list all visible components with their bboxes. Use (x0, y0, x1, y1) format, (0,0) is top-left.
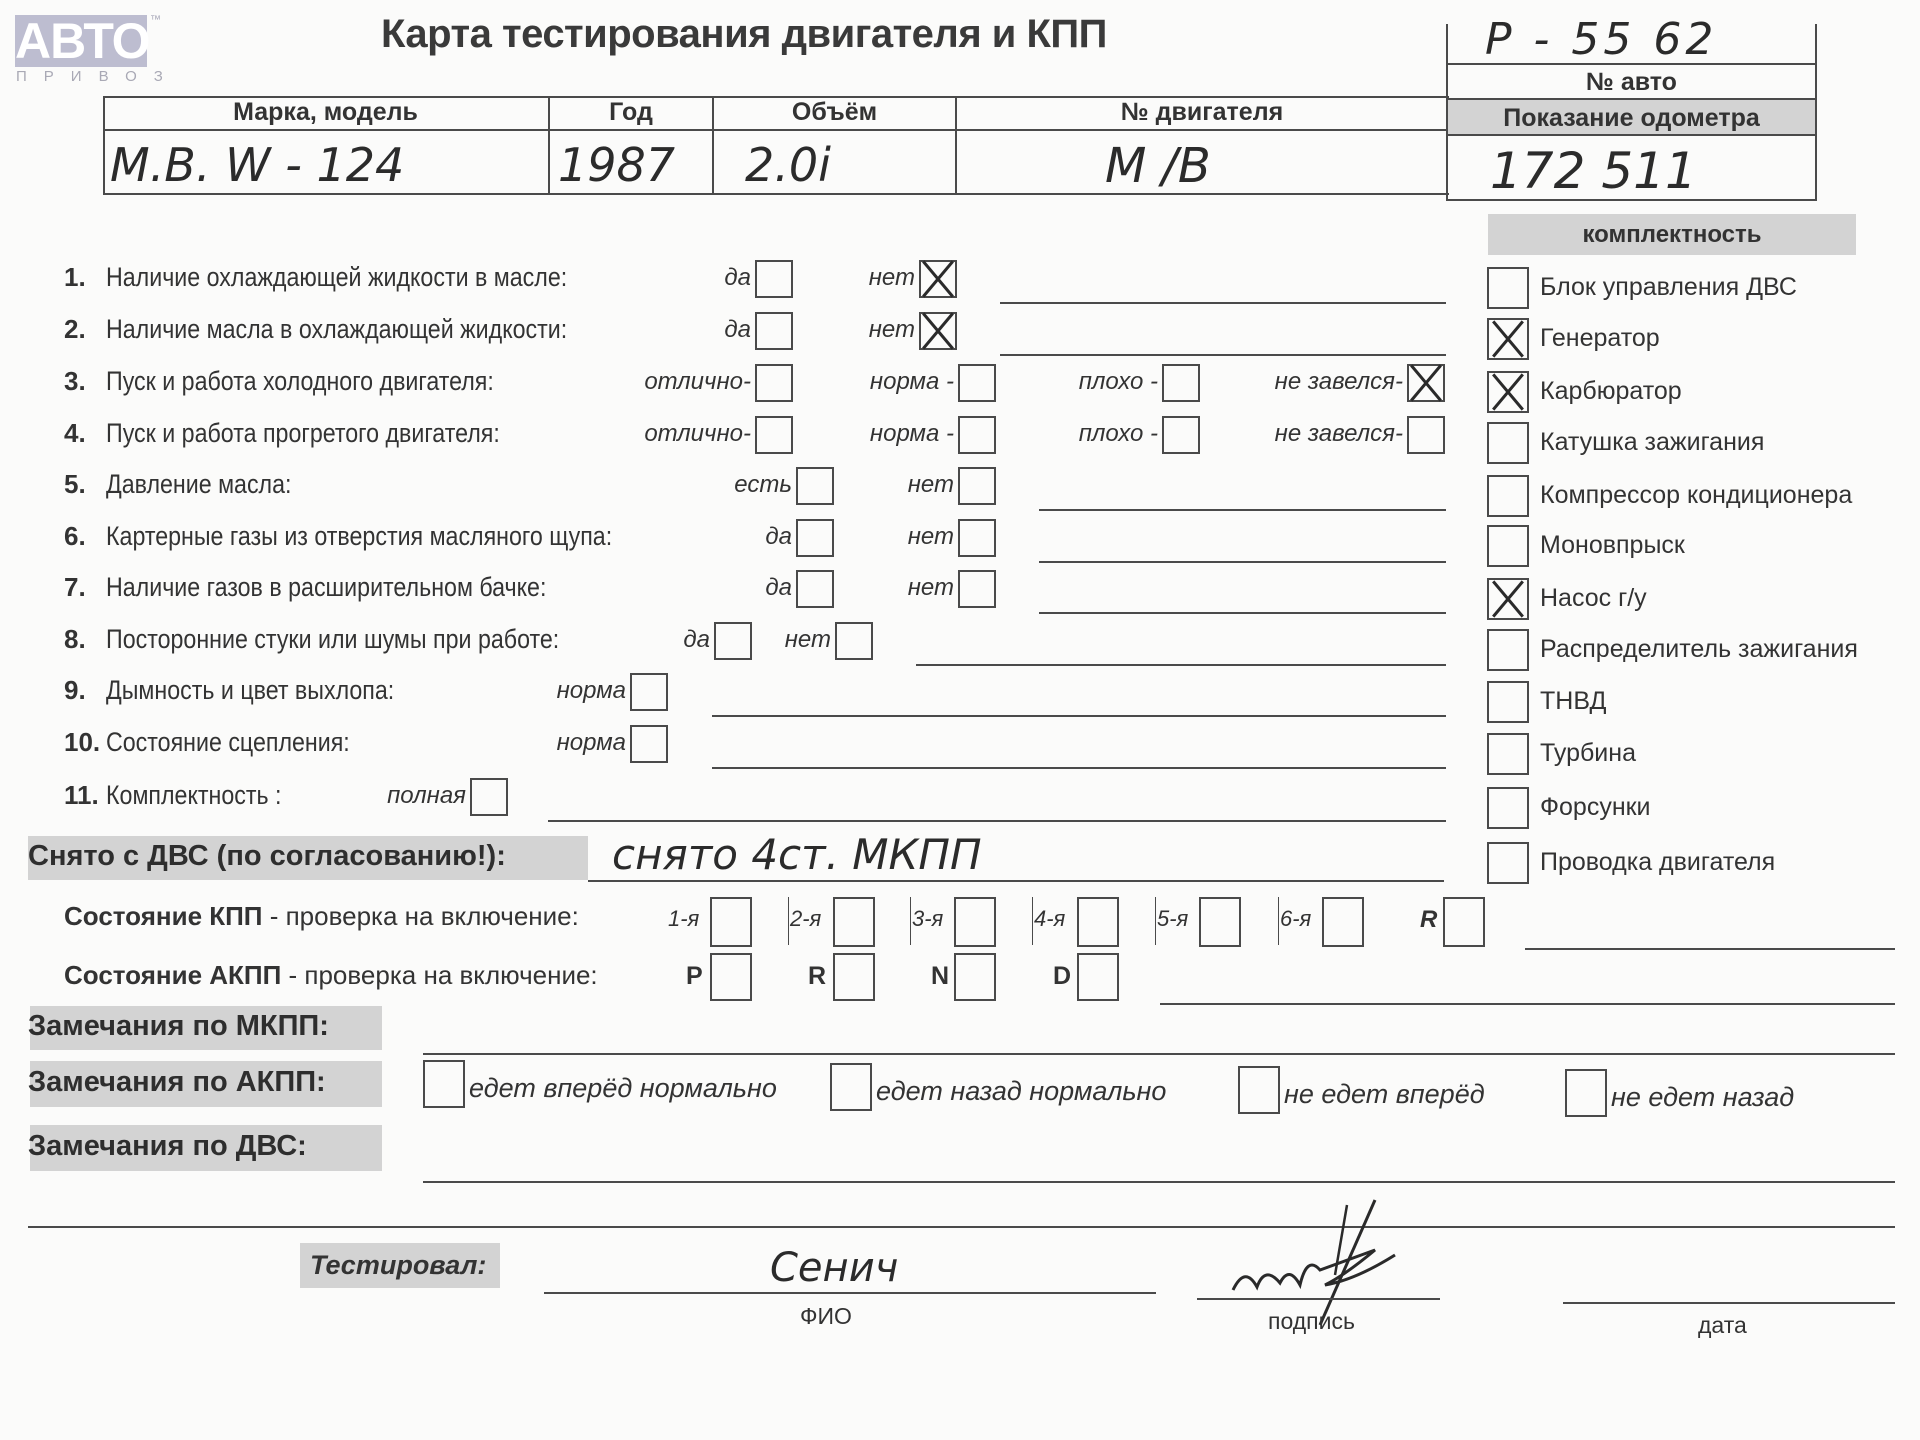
option-checkbox[interactable] (835, 622, 873, 660)
header-label-volume: Объём (714, 98, 955, 127)
option-label: нет (640, 471, 954, 499)
kpp-label: Состояние КПП - проверка на включение: (64, 901, 579, 932)
gear-label: R (1420, 906, 1437, 934)
mode-label: D (1053, 962, 1071, 991)
gear-label: 4-я (1034, 906, 1065, 932)
question-number: 11. (64, 780, 99, 811)
odometer-label: Показание одометра (1448, 104, 1815, 133)
akpp-remark-checkbox[interactable] (423, 1060, 465, 1108)
option-checkbox[interactable] (919, 260, 957, 298)
mode-label: P (686, 962, 703, 991)
kit-label: Блок управления ДВС (1540, 273, 1797, 302)
mode-checkbox[interactable] (833, 953, 875, 1001)
option-checkbox[interactable] (1407, 364, 1445, 402)
volume-value[interactable]: 2.0i (745, 138, 831, 192)
kit-checkbox[interactable] (1487, 267, 1529, 309)
option-label: нет (640, 574, 954, 602)
kit-label: Распределитель зажигания (1540, 635, 1858, 664)
akpp-remark-label: едет вперёд нормально (469, 1073, 777, 1104)
gear-checkbox[interactable] (710, 897, 752, 947)
notes-line[interactable] (548, 820, 1446, 822)
akpp-remark-label: не едет вперёд (1284, 1079, 1485, 1110)
question-number: 7. (64, 572, 86, 603)
gear-checkbox[interactable] (1199, 897, 1241, 947)
gear-divider (910, 897, 911, 945)
gear-label: 2-я (790, 906, 821, 932)
akpp-remark-checkbox[interactable] (830, 1063, 872, 1111)
question-number: 8. (64, 624, 86, 655)
kit-label: Турбина (1540, 739, 1636, 768)
option-label: не завелся- (1000, 368, 1403, 396)
kpp-label-rest: - проверка на включение: (263, 901, 579, 931)
kit-checkbox[interactable] (1487, 475, 1529, 517)
option-label: нет (600, 316, 915, 344)
gear-checkbox[interactable] (833, 897, 875, 947)
gear-checkbox[interactable] (1322, 897, 1364, 947)
kit-checkbox[interactable] (1487, 629, 1529, 671)
engine-number-value[interactable]: M /B (1105, 138, 1211, 194)
mode-checkbox[interactable] (1077, 953, 1119, 1001)
gear-checkbox[interactable] (954, 897, 996, 947)
tested-label: Тестировал: (310, 1250, 486, 1281)
kit-checkbox[interactable] (1487, 318, 1529, 360)
question-number: 9. (64, 675, 86, 706)
header-label-engine-number: № двигателя (957, 98, 1447, 127)
header-label-year: Год (550, 98, 712, 127)
kit-label: ТНВД (1540, 687, 1606, 716)
kit-label: Катушка зажигания (1540, 428, 1764, 457)
option-checkbox[interactable] (630, 725, 668, 763)
option-label: не завелся- (1000, 420, 1403, 448)
kit-checkbox[interactable] (1487, 842, 1529, 884)
kit-checkbox[interactable] (1487, 371, 1529, 413)
year-value[interactable]: 1987 (558, 138, 675, 192)
kit-label: Карбюратор (1540, 377, 1682, 406)
removed-value[interactable]: снято 4ст. МКПП (612, 830, 982, 879)
tester-name-value[interactable]: Сенич (770, 1245, 898, 1291)
kpp-label-bold: Состояние КПП (64, 901, 263, 931)
option-label: нет (600, 264, 915, 292)
gear-label: 3-я (912, 906, 943, 932)
model-value[interactable]: M.B. W - 124 (110, 138, 404, 192)
akpp-remark-label: едет назад нормально (876, 1076, 1166, 1107)
kit-checkbox[interactable] (1487, 422, 1529, 464)
name-caption: ФИО (800, 1303, 852, 1330)
notes-line[interactable] (1000, 354, 1446, 356)
option-label: нет (510, 626, 831, 654)
page-title: Карта тестирования двигателя и КПП (381, 12, 1107, 57)
notes-line[interactable] (712, 715, 1446, 717)
akpp-remark-label: не едет назад (1611, 1082, 1794, 1113)
question-number: 10. (64, 727, 100, 758)
mode-label: N (931, 962, 949, 991)
gear-divider (1155, 897, 1156, 945)
gear-checkbox[interactable] (1077, 897, 1119, 947)
gear-divider (788, 897, 789, 945)
gear-divider (1032, 897, 1033, 945)
gear-label: 1-я (668, 906, 699, 932)
notes-line[interactable] (1039, 561, 1446, 563)
kit-label: Моновпрыск (1540, 531, 1685, 560)
gear-label: 6-я (1280, 906, 1311, 932)
logo-trademark: ™ (150, 14, 161, 26)
akpp-remark-checkbox[interactable] (1238, 1066, 1280, 1114)
kit-checkbox[interactable] (1487, 733, 1529, 775)
question-number: 1. (64, 262, 86, 293)
option-checkbox[interactable] (630, 673, 668, 711)
option-checkbox[interactable] (1407, 416, 1445, 454)
notes-line[interactable] (916, 664, 1446, 666)
option-checkbox[interactable] (470, 778, 508, 816)
gear-divider (1278, 897, 1279, 945)
kit-header: комплектность (1488, 221, 1856, 249)
akpp-label: Состояние АКПП - проверка на включение: (64, 960, 598, 991)
kit-label: Форсунки (1540, 793, 1651, 822)
signature-caption: подпись (1268, 1308, 1355, 1335)
car-number-label: № авто (1448, 68, 1815, 97)
question-number: 2. (64, 314, 86, 345)
question-number: 3. (64, 366, 86, 397)
akpp-remarks-label: Замечания по АКПП: (28, 1066, 326, 1099)
option-label: норма (280, 677, 626, 705)
akpp-label-rest: - проверка на включение: (281, 960, 597, 990)
kit-label: Проводка двигателя (1540, 848, 1775, 877)
option-label: полная (110, 782, 466, 810)
option-checkbox[interactable] (958, 519, 996, 557)
car-number-value[interactable]: P - 55 62 (1485, 14, 1717, 65)
gear-checkbox[interactable] (1443, 897, 1485, 947)
removed-label: Снято с ДВС (по согласованию!): (28, 840, 506, 873)
akpp-remark-checkbox[interactable] (1565, 1069, 1607, 1117)
gear-label: 5-я (1157, 906, 1188, 932)
option-checkbox[interactable] (919, 312, 957, 350)
kit-checkbox[interactable] (1487, 525, 1529, 567)
kit-label: Насос г/у (1540, 584, 1647, 613)
mkpp-remarks-label: Замечания по МКПП: (28, 1010, 329, 1043)
logo-subtitle: ПРИВОЗ (16, 68, 180, 85)
mode-checkbox[interactable] (710, 953, 752, 1001)
option-checkbox[interactable] (958, 570, 996, 608)
question-number: 6. (64, 521, 86, 552)
question-number: 4. (64, 418, 86, 449)
notes-line[interactable] (712, 767, 1446, 769)
question-number: 5. (64, 469, 86, 500)
kit-label: Компрессор кондиционера (1540, 481, 1852, 510)
akpp-label-bold: Состояние АКПП (64, 960, 281, 990)
kit-checkbox[interactable] (1487, 787, 1529, 829)
date-caption: дата (1698, 1312, 1747, 1339)
kit-checkbox[interactable] (1487, 578, 1529, 620)
header-label-model: Марка, модель (103, 98, 548, 127)
kit-checkbox[interactable] (1487, 681, 1529, 723)
mode-checkbox[interactable] (954, 953, 996, 1001)
odometer-value[interactable]: 172 511 (1490, 142, 1697, 200)
notes-line[interactable] (1039, 509, 1446, 511)
option-checkbox[interactable] (958, 467, 996, 505)
question-text: Давление масла: (106, 469, 291, 500)
notes-line[interactable] (1039, 612, 1446, 614)
notes-line[interactable] (1000, 302, 1446, 304)
option-label: нет (640, 523, 954, 551)
logo: АВТО (15, 15, 147, 67)
option-label: норма (280, 729, 626, 757)
dvs-remarks-label: Замечания по ДВС: (28, 1130, 307, 1163)
kit-label: Генератор (1540, 324, 1660, 353)
mode-label: R (808, 962, 826, 991)
